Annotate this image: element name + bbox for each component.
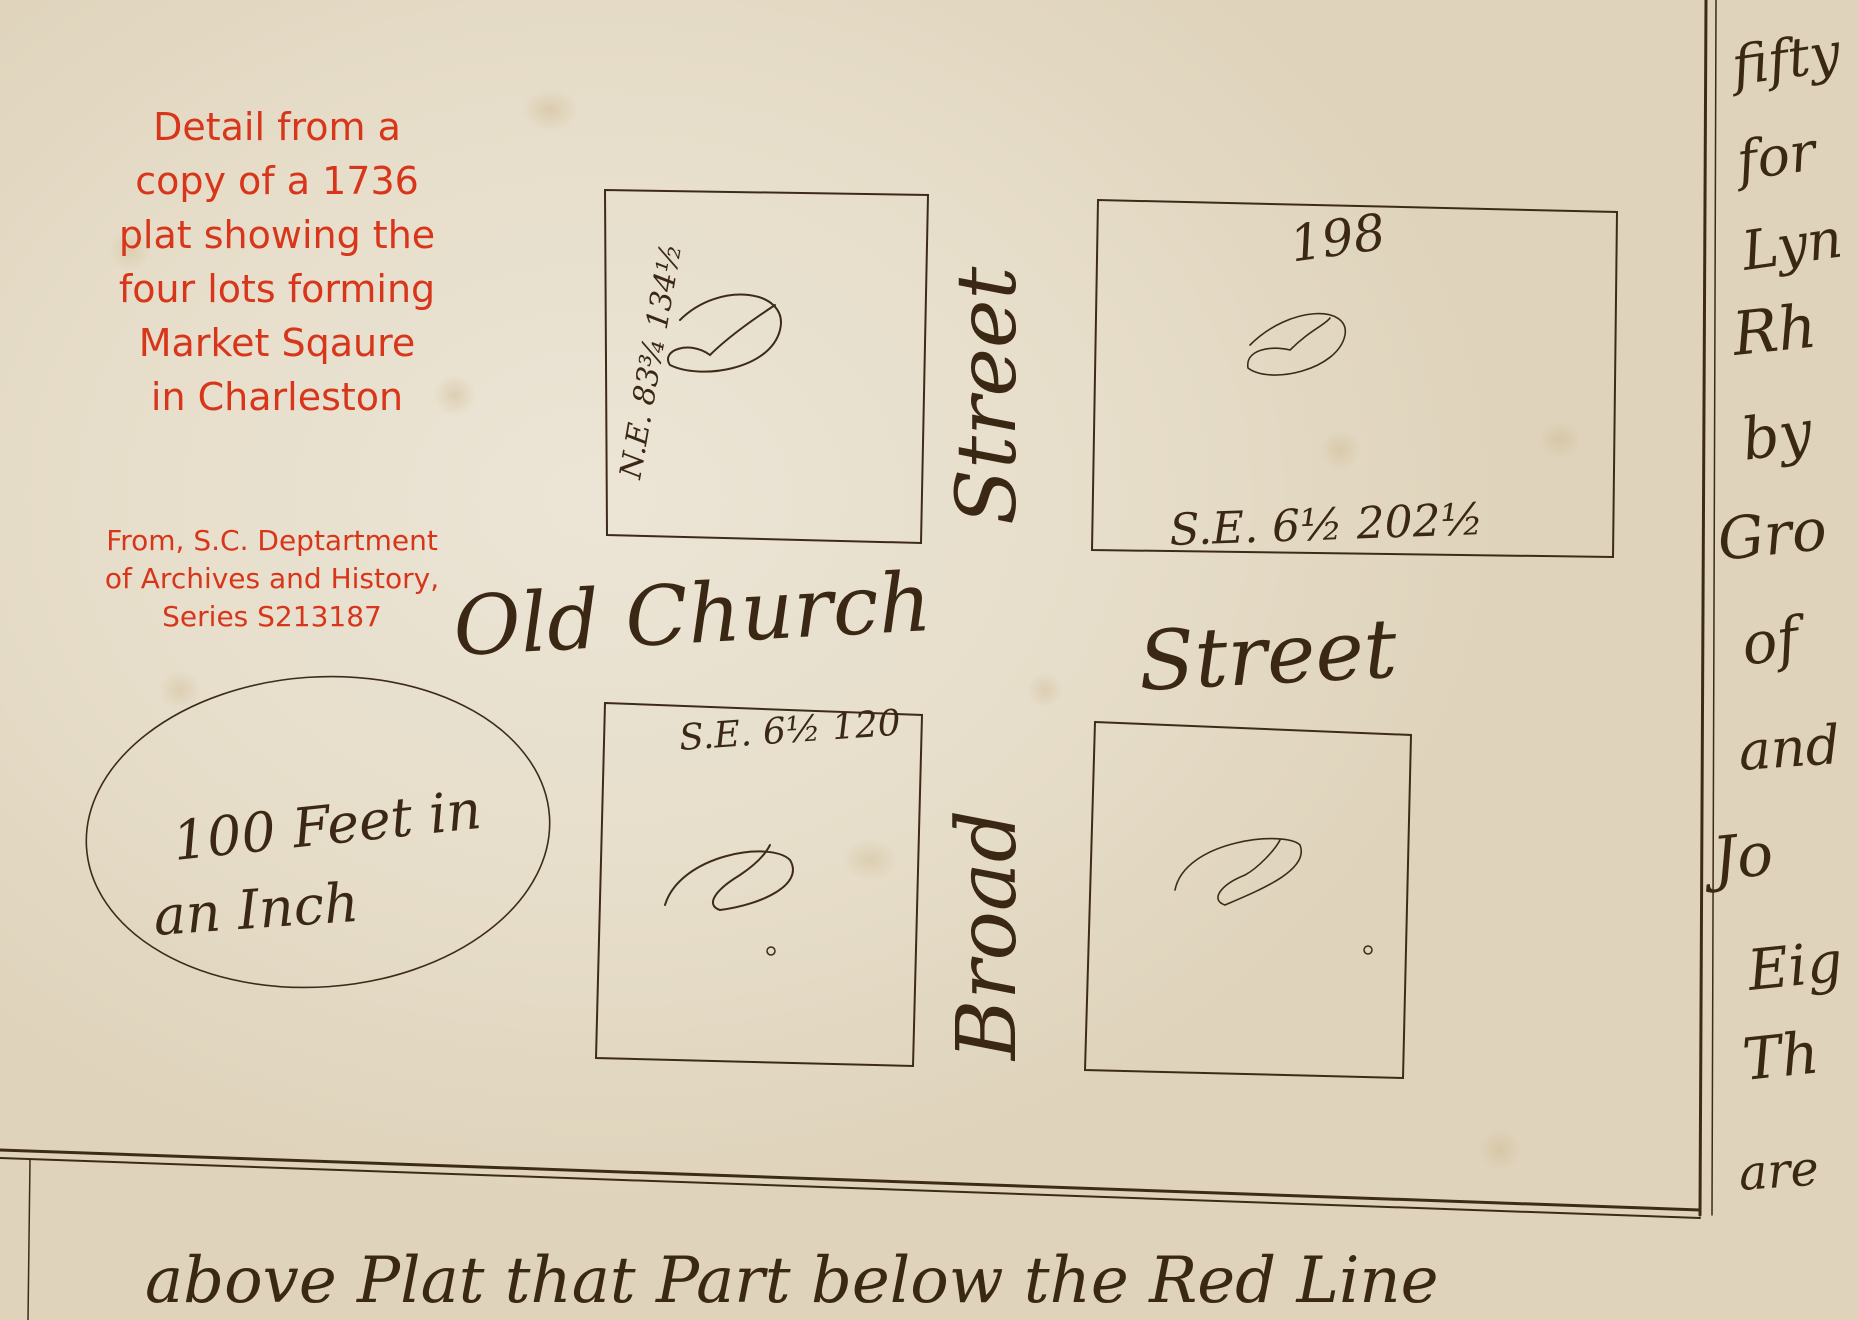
source-line: From, S.C. Deptartment [82, 522, 462, 560]
svg-text:Eig: Eig [1744, 929, 1846, 1004]
svg-text:fifty: fifty [1724, 20, 1845, 98]
title-caption: Detail from a copy of a 1736 plat showin… [82, 100, 472, 424]
street-label-broad: Broad [940, 810, 1035, 1062]
lot-ne-top-annotation: 198 [1286, 203, 1389, 274]
caption-line: plat showing the [82, 208, 472, 262]
svg-text:of: of [1737, 602, 1812, 679]
svg-text:are: are [1737, 1141, 1821, 1202]
svg-text:Gro: Gro [1714, 495, 1829, 574]
source-line: Series S213187 [82, 598, 462, 636]
svg-text:by: by [1737, 397, 1817, 474]
caption-line: Detail from a [82, 100, 472, 154]
lot-nw-annotation: N.E. 83¾ 134½ [613, 241, 689, 482]
scale-text-line1: 100 Feet in [170, 778, 484, 873]
svg-text:for: for [1729, 119, 1822, 193]
bottom-handwriting: above Plat that Part below the Red Line [145, 1244, 1439, 1318]
caption-line: four lots forming [82, 262, 472, 316]
caption-line: Market Sqaure [82, 316, 472, 370]
lot-southwest [596, 703, 922, 1066]
svg-text:and: and [1737, 713, 1843, 783]
scale-text-line2: an Inch [152, 871, 361, 948]
right-margin-handwriting: fifty for Lyn Rh by Gro of and Jo Eig Th… [1698, 20, 1846, 1202]
source-caption: From, S.C. Deptartment of Archives and H… [82, 522, 462, 636]
street-label-old-church: Old Church [451, 555, 934, 675]
svg-text:Jo: Jo [1698, 819, 1776, 896]
lot-southeast [1085, 722, 1411, 1078]
caption-line: in Charleston [82, 370, 472, 424]
svg-text:Lyn: Lyn [1737, 207, 1846, 283]
lot-sw-annotation: S.E. 6½ 120 [678, 703, 902, 759]
street-label-street-horizontal: Street [1136, 602, 1400, 710]
lot-ne-bottom-annotation: S.E. 6½ 202½ [1169, 494, 1485, 556]
street-label-street-vertical: Street [940, 266, 1035, 525]
source-line: of Archives and History, [82, 560, 462, 598]
svg-text:Th: Th [1739, 1018, 1822, 1094]
caption-line: copy of a 1736 [82, 154, 472, 208]
svg-text:Rh: Rh [1728, 292, 1820, 370]
